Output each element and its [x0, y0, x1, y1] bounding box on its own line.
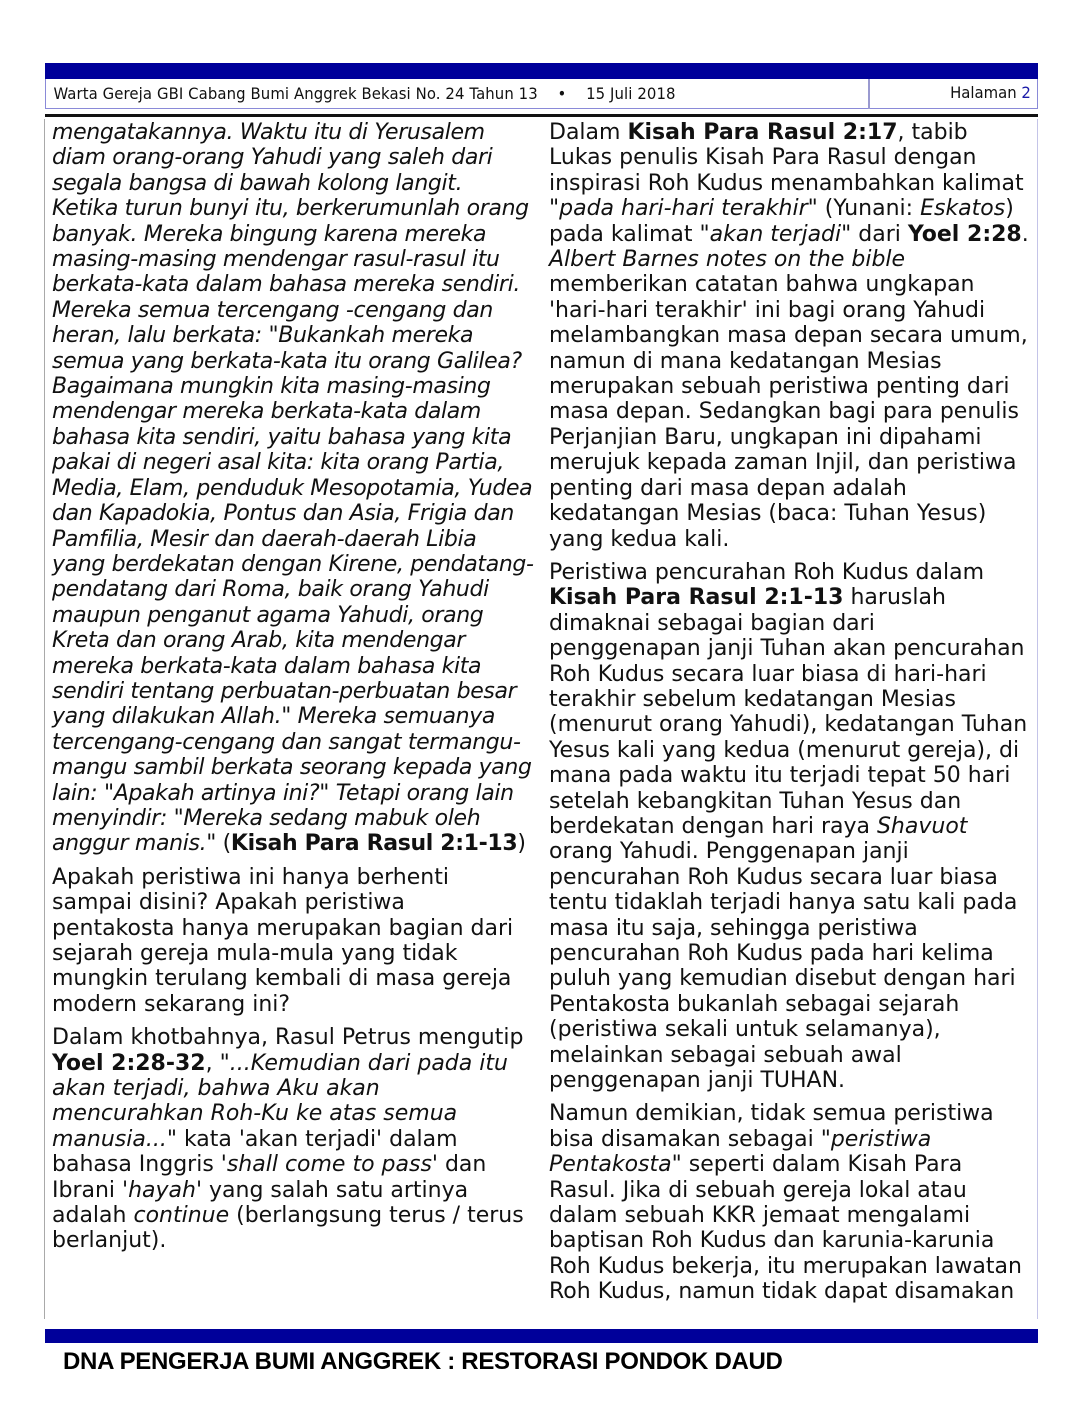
- scripture-reference: Kisah Para Rasul 2:17: [627, 120, 897, 145]
- header-info: Warta Gereja GBI Cabang Bumi Anggrek Bek…: [46, 84, 968, 103]
- right-column: Dalam Kisah Para Rasul 2:17, tabib Lukas…: [549, 120, 1031, 1313]
- publication-title: Warta Gereja GBI Cabang Bumi Anggrek Bek…: [53, 84, 537, 103]
- left-column: mengatakannya. Waktu itu di Yerusalem di…: [52, 120, 534, 1262]
- page-header: Warta Gereja GBI Cabang Bumi Anggrek Bek…: [45, 79, 1038, 109]
- lukas-paragraph: Dalam Kisah Para Rasul 2:17, tabib Lukas…: [549, 120, 1031, 552]
- bullet-separator: •: [558, 84, 567, 103]
- sermon-paragraph: Dalam khotbahnya, Rasul Petrus mengutip …: [52, 1025, 534, 1254]
- header-rule: [45, 114, 1038, 117]
- scripture-reference: Kisah Para Rasul 2:1-13: [231, 831, 517, 856]
- page-number: 2: [1022, 83, 1031, 102]
- question-paragraph: Apakah peristiwa ini hanya berhenti samp…: [52, 865, 534, 1017]
- top-blue-bar: [45, 63, 1038, 79]
- issue-date: 15 Juli 2018: [586, 84, 675, 103]
- scripture-reference: Kisah Para Rasul 2:1-13: [549, 585, 844, 610]
- bottom-blue-bar: [45, 1329, 1038, 1343]
- page-label: Halaman: [950, 83, 1017, 102]
- conclusion-paragraph: Namun demikian, tidak semua peristiwa bi…: [549, 1101, 1031, 1304]
- page-indicator: Halaman 2: [950, 83, 1031, 102]
- scripture-quote: mengatakannya. Waktu itu di Yerusalem di…: [52, 120, 534, 856]
- footer-slogan: DNA PENGERJA BUMI ANGGREK : RESTORASI PO…: [63, 1348, 783, 1376]
- pentecost-paragraph: Peristiwa pencurahan Roh Kudus dalam Kis…: [549, 560, 1031, 1094]
- frame-left-border: [44, 119, 45, 1319]
- scripture-quote-paragraph: mengatakannya. Waktu itu di Yerusalem di…: [52, 120, 534, 857]
- scripture-reference: Yoel 2:28: [908, 222, 1022, 247]
- source-title: Albert Barnes notes on the bible: [549, 247, 905, 272]
- header-divider: [868, 79, 870, 109]
- newsletter-page: Warta Gereja GBI Cabang Bumi Anggrek Bek…: [0, 0, 1080, 1412]
- frame-right-border: [1037, 119, 1038, 1319]
- scripture-reference: Yoel 2:28-32: [52, 1051, 206, 1076]
